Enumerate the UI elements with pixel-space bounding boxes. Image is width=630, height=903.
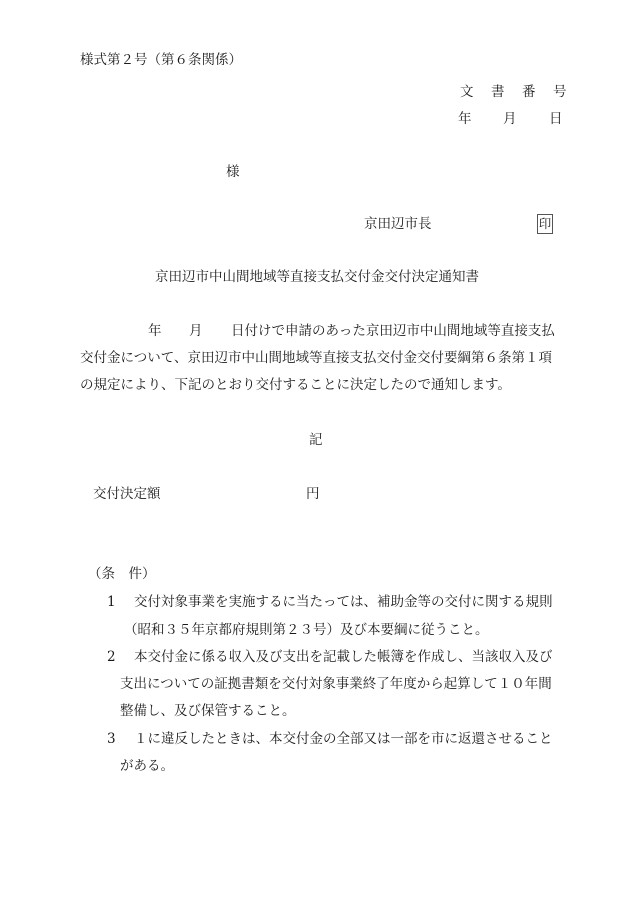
document-number-char: 番 (522, 84, 553, 100)
amount-unit: 円 (306, 486, 320, 502)
condition-line: １に違反したときは、本交付金の全部又は一部を市に返還させること (134, 731, 553, 747)
date-line: 年月日 (458, 111, 563, 127)
condition-number: 3 (107, 731, 116, 747)
condition-number: 2 (107, 649, 116, 665)
document-number-char: 号 (553, 84, 567, 100)
body-line-1: 年月日付けで申請のあった京田辺市中山間地域等直接支払 (148, 323, 555, 339)
condition-line: がある。 (120, 758, 174, 774)
body-year: 年 (148, 323, 189, 339)
document-number-char: 書 (491, 84, 522, 100)
day-label: 日 (549, 111, 563, 127)
condition-number: 1 (107, 594, 116, 610)
body-line-3: の規定により、下記のとおり交付することに決定したので通知します。 (80, 377, 511, 393)
conditions-heading: （条 件） (88, 566, 156, 582)
body-line-2: 交付金について、京田辺市中山間地域等直接支払交付金交付要綱第６条第１項 (80, 350, 552, 366)
document-number-label: 文書番号 (460, 84, 567, 100)
form-label: 様式第２号（第６条関係） (80, 52, 242, 68)
document-title: 京田辺市中山間地域等直接支払交付金交付決定通知書 (155, 269, 479, 285)
seal-mark: 印 (537, 214, 553, 234)
condition-line: 交付対象事業を実施するに当たっては、補助金等の交付に関する規則 (134, 594, 553, 610)
body-month: 月 (189, 323, 231, 339)
recipient-suffix: 様 (226, 164, 240, 180)
amount-label: 交付決定額 (93, 486, 161, 502)
condition-line: 本交付金に係る収入及び支出を記載した帳簿を作成し、当該収入及び (134, 649, 553, 665)
year-label: 年 (458, 111, 503, 127)
month-label: 月 (503, 111, 549, 127)
condition-line: 支出についての証拠書類を交付対象事業終了年度から起算して１０年間 (120, 676, 552, 692)
ki-heading: 記 (309, 432, 323, 448)
body-line-1-text: 日付けで申請のあった京田辺市中山間地域等直接支払 (231, 323, 555, 339)
issuer-name: 京田辺市長 (364, 216, 432, 232)
condition-line: （昭和３５年京都府規則第２３号）及び本要綱に従うこと。 (124, 622, 489, 638)
document-number-char: 文 (460, 84, 491, 100)
condition-line: 整備し、及び保管すること。 (120, 703, 296, 719)
